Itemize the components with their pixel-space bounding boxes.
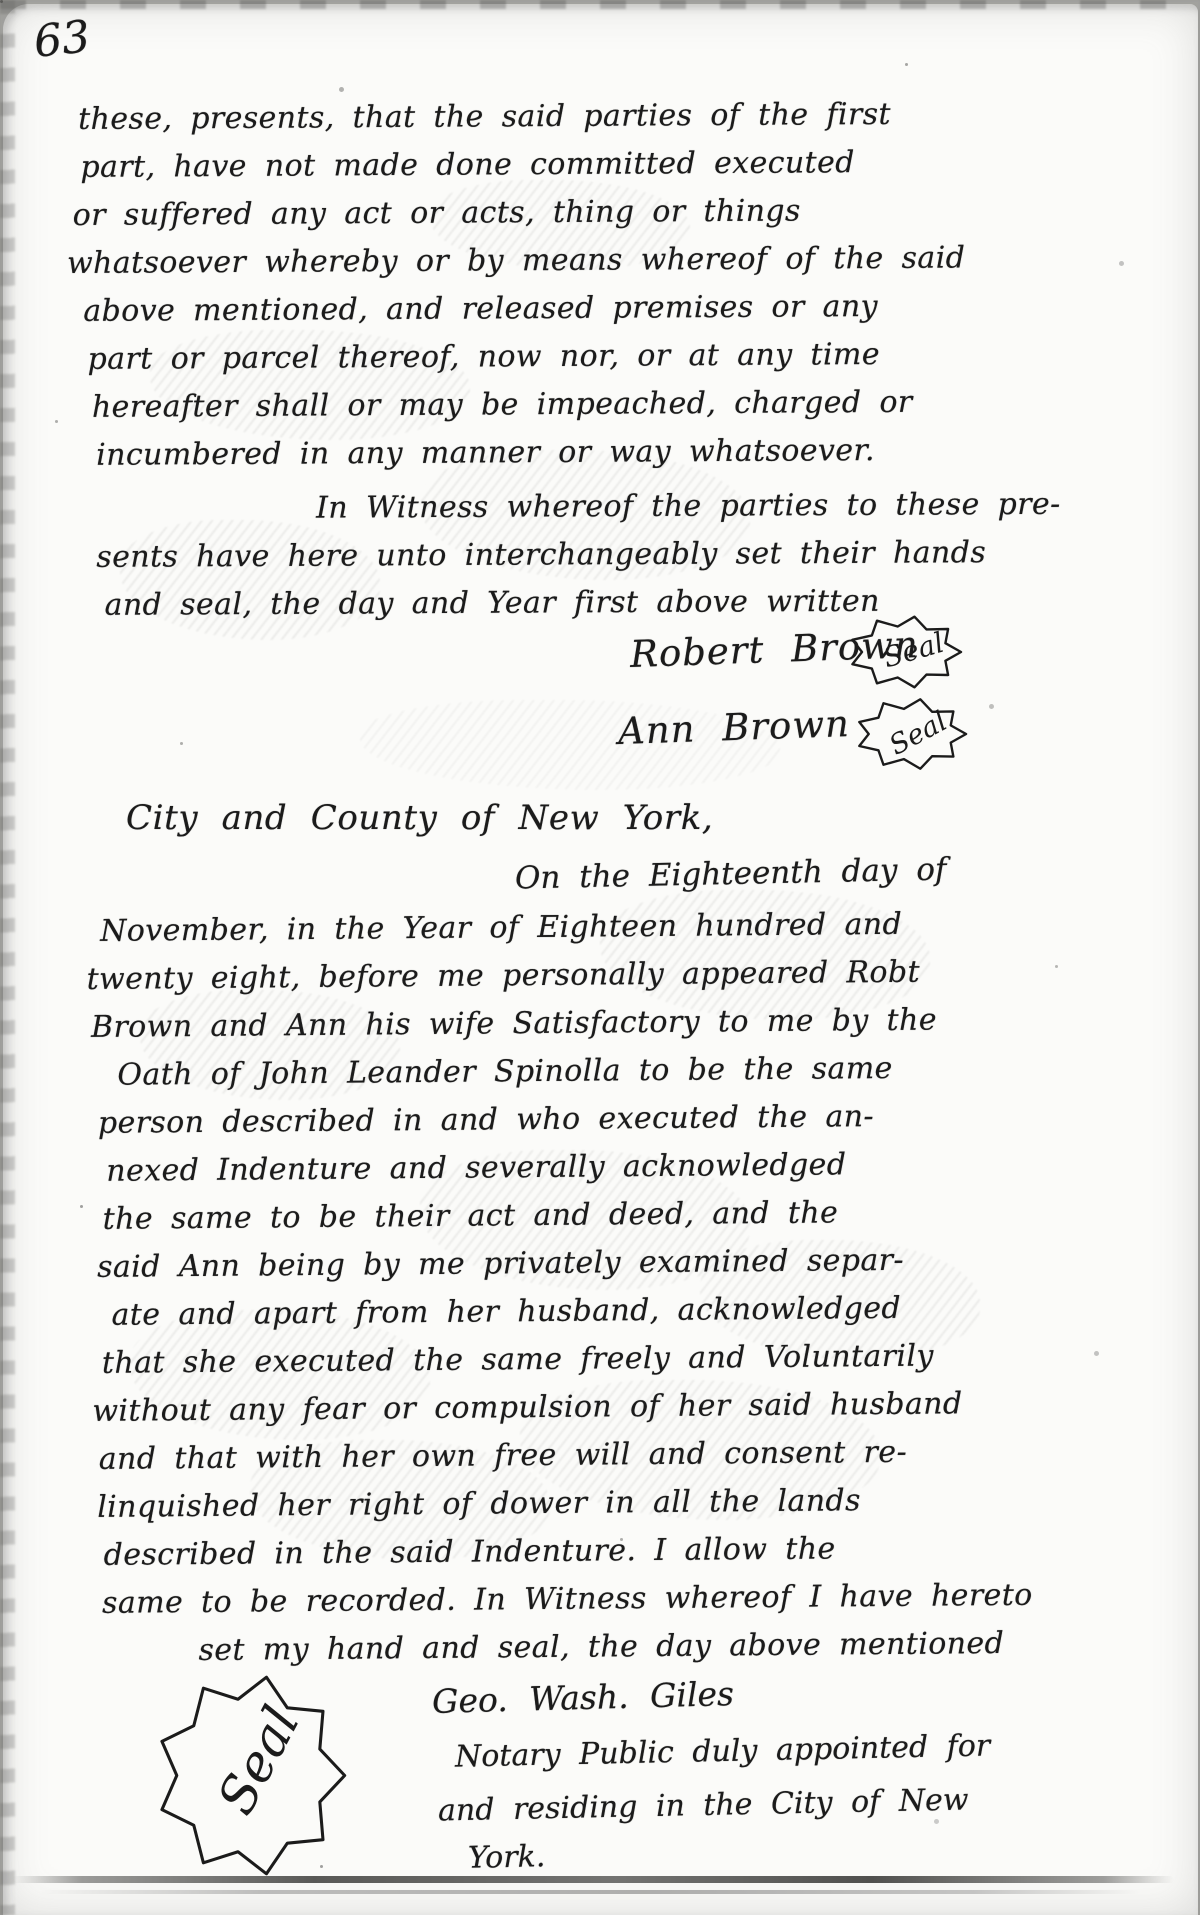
manuscript-line: part or parcel thereof, now nor, or at a… (87, 330, 966, 383)
manuscript-line: described in the said Indenture. I allow… (103, 1524, 1032, 1580)
page-number: 63 (31, 11, 92, 68)
acknowledgment-heading: City and County of New York, (126, 798, 713, 838)
manuscript-line: twenty eight, before me personally appea… (86, 948, 1027, 1004)
manuscript-line: ate and apart from her husband, acknowle… (111, 1284, 1030, 1340)
seal-scribble-icon: Seal (852, 688, 970, 780)
manuscript-line: In Witness whereof the parties to these … (316, 481, 1061, 533)
deed-body-paragraph: these, presents, that the said parties o… (64, 91, 967, 480)
notary-seal-scribble-icon: Seal (148, 1668, 353, 1883)
manuscript-line: November, in the Year of Eighteen hundre… (100, 900, 1027, 956)
manuscript-line: nexed Indenture and severally acknowledg… (106, 1140, 1029, 1196)
manuscript-line: above mentioned, and released premises o… (83, 282, 966, 335)
signature-notary: Geo. Wash. Giles (432, 1674, 735, 1721)
manuscript-line: said Ann being by me privately examined … (97, 1236, 1030, 1292)
acknowledgment-paragraph: November, in the Year of Eighteen hundre… (80, 900, 1033, 1676)
seal-label: Seal (884, 705, 952, 762)
manuscript-line: person described in and who executed the… (98, 1092, 1029, 1148)
scanned-document: 63 these, presents, that the said partie… (0, 0, 1200, 1915)
manuscript-line: the same to be their act and deed, and t… (103, 1188, 1030, 1244)
scan-edge-top (0, 0, 1200, 9)
manuscript-line: Brown and Ann his wife Satisfactory to m… (91, 996, 1028, 1052)
manuscript-line: hereafter shall or may be impeached, cha… (92, 378, 967, 431)
seal-scribble-icon: Seal (845, 612, 965, 692)
scan-bottom-edge (12, 1876, 1174, 1883)
manuscript-line: part, have not made done committed execu… (80, 138, 965, 191)
scan-edge-left (0, 0, 15, 1915)
paper-specks (0, 0, 3, 3)
manuscript-line: without any fear or compulsion of her sa… (92, 1380, 1031, 1436)
witness-clause: In Witness whereof the parties to these … (64, 481, 1061, 630)
manuscript-line: whatsoever whereby or by means whereof o… (67, 234, 966, 287)
manuscript-line: these, presents, that the said parties o… (78, 91, 965, 144)
manuscript-line: incumbered in any manner or way whatsoev… (96, 426, 967, 479)
seal-label: Seal (206, 1697, 312, 1824)
manuscript-line: linquished her right of dower in all the… (97, 1476, 1032, 1532)
manuscript-line: that she executed the same freely and Vo… (102, 1332, 1031, 1388)
manuscript-line: Oath of John Leander Spinolla to be the … (117, 1044, 1028, 1100)
scan-bottom-edge-faint (40, 1890, 1140, 1894)
manuscript-line: same to be recorded. In Witness whereof … (102, 1572, 1033, 1628)
manuscript-line: sents have here unto interchangeably set… (96, 529, 1061, 582)
signature-ann-brown: Ann Brown (617, 702, 850, 753)
seal-label: Seal (879, 626, 947, 675)
manuscript-line: and that with her own free will and cons… (99, 1428, 1032, 1484)
manuscript-line: York. (468, 1839, 546, 1876)
manuscript-line: set my hand and seal, the day above ment… (198, 1620, 1033, 1675)
manuscript-line: or suffered any act or acts, thing or th… (73, 186, 966, 239)
